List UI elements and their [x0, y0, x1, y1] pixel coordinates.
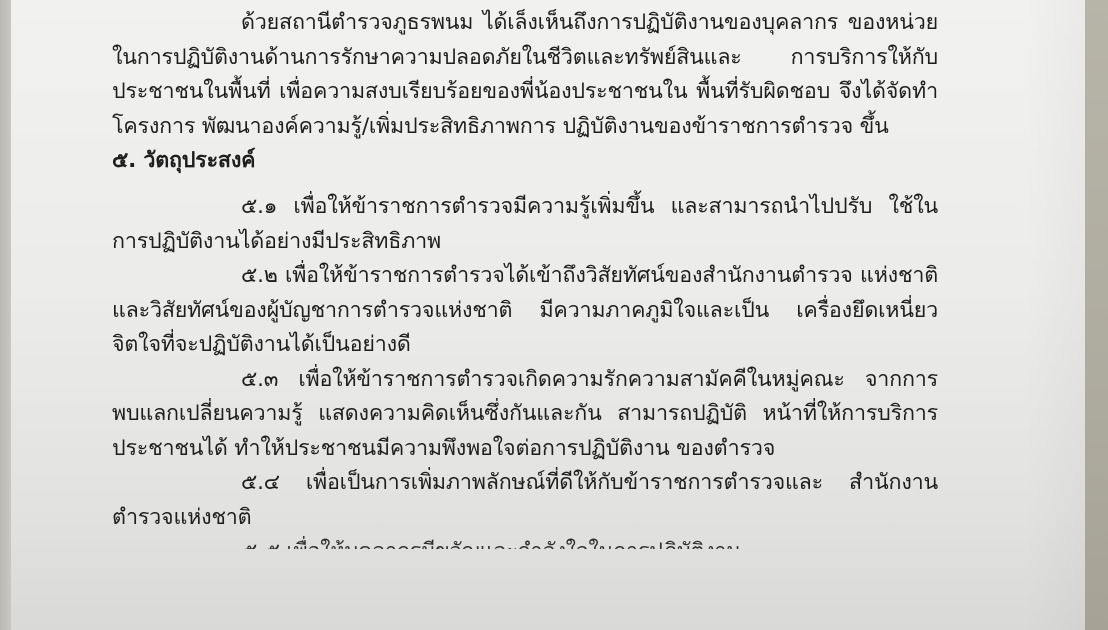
objective-5-2: ๕.๒ เพื่อให้ข้าราชการตำรวจได้เข้าถึงวิสั…	[112, 259, 938, 363]
objective-5-3: ๕.๓ เพื่อให้ข้าราชการตำรวจเกิดความรักควา…	[112, 363, 938, 467]
background-surface-right	[1085, 0, 1108, 630]
background-surface-left	[0, 0, 11, 630]
objective-5-5-cut-off: ๕.๕ เพื่อให้บุคลากรมีขวัญและกำลังใจในการ…	[112, 535, 938, 549]
intro-paragraph: ด้วยสถานีตำรวจภูธรพนม ได้เล็งเห็นถึงการป…	[112, 6, 938, 144]
objective-5-4: ๕.๔ เพื่อเป็นการเพิ่มภาพลักษณ์ที่ดีให้กั…	[112, 466, 938, 535]
page-shadow	[1025, 0, 1085, 630]
document-body: ด้วยสถานีตำรวจภูธรพนม ได้เล็งเห็นถึงการป…	[112, 6, 938, 549]
section-heading-objectives: ๕. วัตถุประสงค์	[112, 144, 938, 178]
objective-5-1: ๕.๑ เพื่อให้ข้าราชการตำรวจมีความรู้เพิ่ม…	[112, 190, 938, 259]
